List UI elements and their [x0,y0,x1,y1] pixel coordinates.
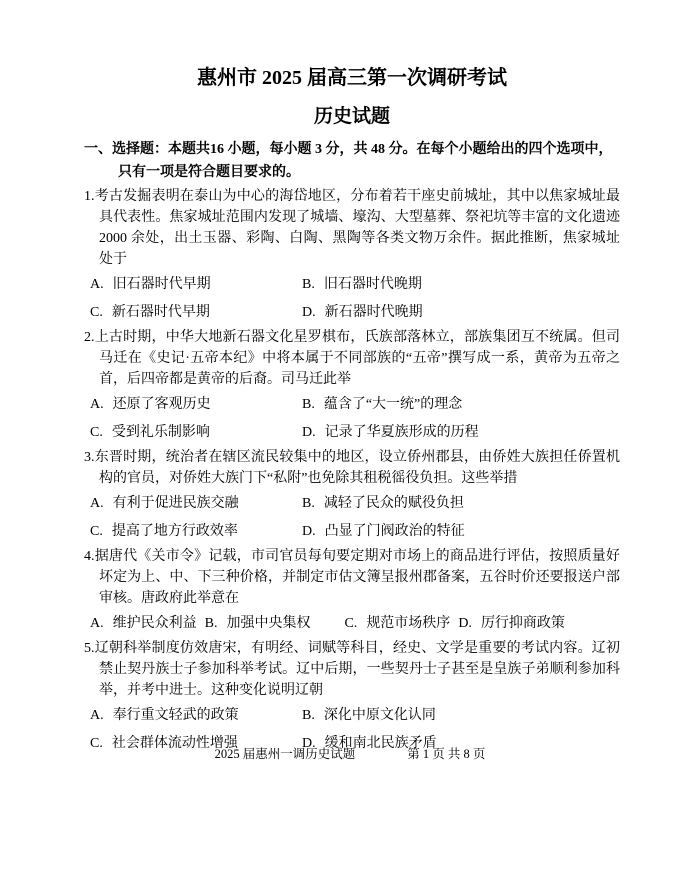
option-b: B.旧石器时代晚期 [302,274,620,295]
question-stem: 4.据唐代《关市令》记载，市司官员每旬要定期对市场上的商品进行评估，按照质量好坏… [84,546,620,609]
option-d: D.新石器时代晚期 [302,302,620,323]
question-text: 考古发掘表明在泰山为中心的海岱地区，分布着若干座史前城址，其中以焦家城址最具代表… [95,189,621,267]
question-list: 1.考古发掘表明在泰山为中心的海岱地区，分布着若干座史前城址，其中以焦家城址最具… [84,186,620,754]
option-text: 厉行抑商政策 [481,616,565,631]
question-2: 2.上古时期，中华大地新石器文化星罗棋布，氏族部落林立，部族集团互不统属。但司马… [84,327,620,443]
question-stem: 3.东晋时期，统治者在辖区流民较集中的地区，设立侨州郡县，由侨姓大族担任侨置机构… [84,447,620,489]
option-b: B.深化中原文化认同 [302,705,620,726]
option-c: C.新石器时代早期 [90,302,302,323]
option-b: B.蕴含了“大一统”的理念 [302,394,620,415]
option-text: 规范市场秩序 [366,616,450,631]
option-text: 提高了地方行政效率 [112,524,238,539]
options: A.旧石器时代早期 B.旧石器时代晚期 C.新石器时代早期 D.新石器时代晚期 [90,274,620,323]
option-d: D.记录了华夏族形成的历程 [302,422,620,443]
option-text: 蕴含了“大一统”的理念 [324,397,462,412]
question-3: 3.东晋时期，统治者在辖区流民较集中的地区，设立侨州郡县，由侨姓大族担任侨置机构… [84,447,620,542]
exam-subtitle: 历史试题 [84,104,620,130]
question-number: 3. [84,450,95,465]
option-text: 旧石器时代早期 [113,277,211,292]
option-label: B. [302,277,315,292]
option-text: 旧石器时代晚期 [324,277,422,292]
question-4: 4.据唐代《关市令》记载，市司官员每旬要定期对市场上的商品进行评估，按照质量好坏… [84,546,620,634]
option-label: B. [302,496,315,511]
question-text: 辽朝科举制度仿效唐宋，有明经、词赋等科目，经史、文学是重要的考试内容。辽初禁止契… [95,641,621,698]
options: A.有利于促进民族交融 B.减轻了民众的赋役负担 C.提高了地方行政效率 D.凸… [90,493,620,542]
question-number: 4. [84,549,95,564]
option-b: B.加强中央集权 [205,613,311,634]
option-label: C. [90,305,103,320]
question-number: 5. [84,641,95,656]
option-text: 维护民众利益 [113,616,197,631]
option-text: 深化中原文化认同 [324,708,436,723]
option-label: A. [90,496,104,511]
option-text: 奉行重文轻武的政策 [113,708,239,723]
option-label: B. [302,708,315,723]
option-label: A. [90,277,104,292]
options: A.维护民众利益 B.加强中央集权 C.规范市场秩序 D.厉行抑商政策 [90,613,620,634]
option-c: C.提高了地方行政效率 [90,521,302,542]
option-a: A.有利于促进民族交融 [90,493,302,514]
option-text: 受到礼乐制影响 [112,425,210,440]
option-c: C.规范市场秩序 [344,613,450,634]
question-stem: 5.辽朝科举制度仿效唐宋，有明经、词赋等科目，经史、文学是重要的考试内容。辽初禁… [84,638,620,701]
option-text: 有利于促进民族交融 [113,496,239,511]
option-label: D. [302,305,316,320]
option-text: 新石器时代早期 [112,305,210,320]
option-d: D.凸显了门阀政治的特征 [302,521,620,542]
option-a: A.旧石器时代早期 [90,274,302,295]
option-c: C.受到礼乐制影响 [90,422,302,443]
question-1: 1.考古发掘表明在泰山为中心的海岱地区，分布着若干座史前城址，其中以焦家城址最具… [84,186,620,323]
option-label: B. [205,616,218,631]
options: A.还原了客观历史 B.蕴含了“大一统”的理念 C.受到礼乐制影响 D.记录了华… [90,394,620,443]
option-text: 加强中央集权 [226,616,310,631]
option-label: D. [302,425,316,440]
question-stem: 2.上古时期，中华大地新石器文化星罗棋布，氏族部落林立，部族集团互不统属。但司马… [84,327,620,390]
option-text: 新石器时代晚期 [325,305,423,320]
exam-title: 惠州市 2025 届高三第一次调研考试 [84,64,620,92]
option-a: A.奉行重文轻武的政策 [90,705,302,726]
option-text: 减轻了民众的赋役负担 [324,496,464,511]
option-label: D. [458,616,472,631]
option-d: D.厉行抑商政策 [458,613,565,634]
question-5: 5.辽朝科举制度仿效唐宋，有明经、词赋等科目，经史、文学是重要的考试内容。辽初禁… [84,638,620,754]
option-label: D. [302,524,316,539]
footer-doc-title: 2025 届惠州一调历史试题 [215,746,356,762]
option-a: A.维护民众利益 [90,613,197,634]
question-text: 上古时期，中华大地新石器文化星罗棋布，氏族部落林立，部族集团互不统属。但司马迁在… [95,330,621,387]
option-label: C. [344,616,357,631]
option-label: A. [90,708,104,723]
question-number: 1. [84,189,95,204]
option-text: 还原了客观历史 [113,397,211,412]
option-label: C. [90,524,103,539]
page-footer: 2025 届惠州一调历史试题 第 1 页 共 8 页 [0,746,700,762]
option-a: A.还原了客观历史 [90,394,302,415]
option-label: A. [90,616,104,631]
question-number: 2. [84,330,95,345]
option-label: B. [302,397,315,412]
question-text: 据唐代《关市令》记载，市司官员每旬要定期对市场上的商品进行评估，按照质量好坏定为… [95,549,621,606]
option-label: A. [90,397,104,412]
option-b: B.减轻了民众的赋役负担 [302,493,620,514]
option-text: 记录了华夏族形成的历程 [325,425,479,440]
exam-page: 惠州市 2025 届高三第一次调研考试 历史试题 一、选择题：本题共16 小题，… [0,0,700,877]
option-text: 凸显了门阀政治的特征 [325,524,465,539]
option-label: C. [90,425,103,440]
question-stem: 1.考古发掘表明在泰山为中心的海岱地区，分布着若干座史前城址，其中以焦家城址最具… [84,186,620,270]
question-text: 东晋时期，统治者在辖区流民较集中的地区，设立侨州郡县，由侨姓大族担任侨置机构的官… [95,450,621,486]
section-instructions: 一、选择题：本题共16 小题，每小题 3 分，共 48 分。在每个小题给出的四个… [84,138,620,184]
footer-page-number: 第 1 页 共 8 页 [407,746,485,762]
